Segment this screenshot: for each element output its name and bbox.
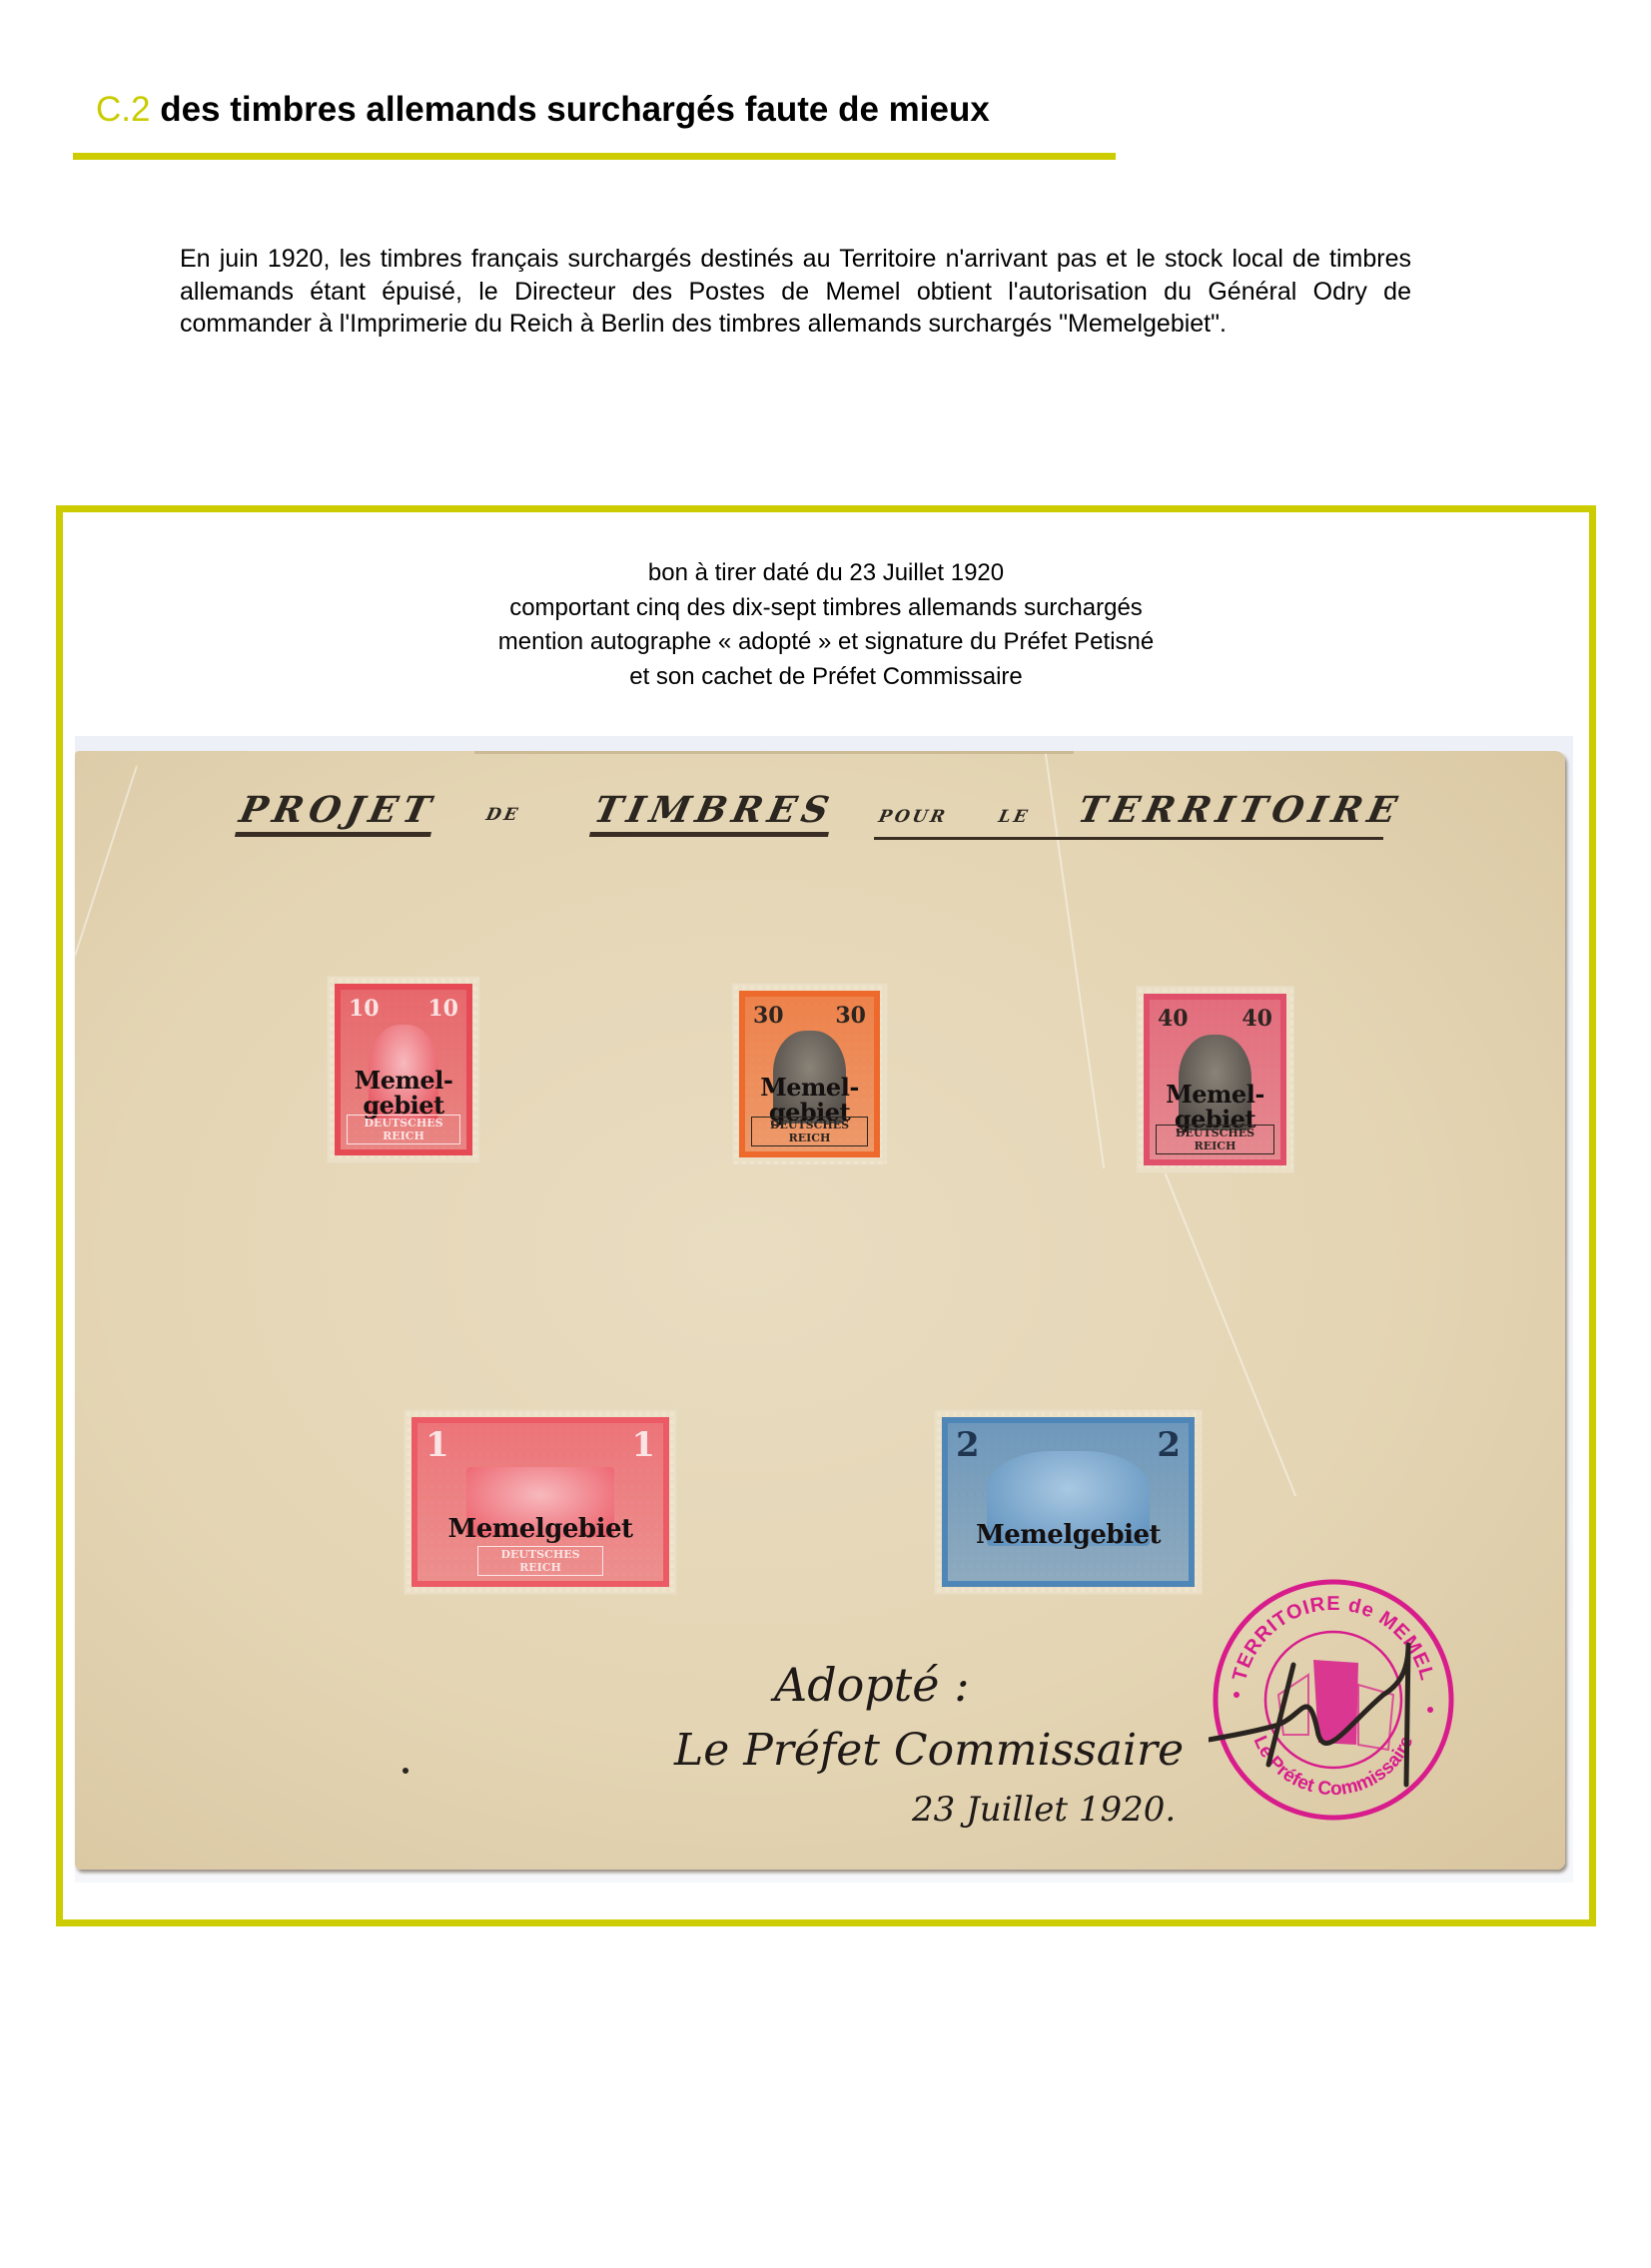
stamp-40-pfennig: 40 40 Memel- gebiet DEUTSCHES REICH	[1137, 987, 1293, 1172]
caption-line: bon à tirer daté du 23 Juillet 1920	[63, 556, 1589, 591]
stamp-10-pfennig: 10 10 Memel- gebiet DEUTSCHES REICH	[328, 977, 479, 1162]
caption-line: comportant cinq des dix-sept timbres all…	[63, 591, 1589, 626]
card-heading-word: LE	[997, 807, 1032, 827]
overprint: Memel- gebiet	[341, 1068, 466, 1118]
stamp-inscription: DEUTSCHES REICH	[751, 1117, 868, 1146]
stamp-value: 10	[427, 996, 458, 1022]
title-underline	[73, 153, 1116, 160]
stamp-value: 10	[349, 996, 380, 1022]
handwritten-signature-title: Le Préfet Commissaire	[674, 1725, 1184, 1776]
stamp-value: 1	[425, 1425, 449, 1465]
stamp-value: 2	[1157, 1425, 1181, 1465]
exhibit-caption: bon à tirer daté du 23 Juillet 1920 comp…	[63, 556, 1589, 694]
card-heading-word: TERRITOIRE	[1074, 789, 1405, 832]
heading-underline	[874, 837, 1383, 840]
exhibit-frame: bon à tirer daté du 23 Juillet 1920 comp…	[56, 505, 1596, 1926]
stamp-inscription: DEUTSCHES REICH	[1156, 1125, 1274, 1154]
card-crease	[474, 751, 1074, 754]
stamp-1-mark: 1 1 Memelgebiet DEUTSCHES REICH	[405, 1410, 676, 1594]
handwritten-adopte: Adopté :	[774, 1658, 970, 1712]
stamp-30-pfennig: 30 30 Memel- gebiet DEUTSCHES REICH	[732, 984, 887, 1164]
proof-card: PROJET DE TIMBRES POUR LE TERRITOIRE 10 …	[75, 751, 1565, 1870]
prefect-cachet: TERRITOIRE de MEMEL Le Préfet Commissair…	[1209, 1575, 1458, 1825]
overprint: Memelgebiet	[948, 1523, 1189, 1548]
card-heading-word: POUR	[877, 807, 950, 827]
stamp-value: 30	[753, 1003, 784, 1029]
stamp-value: 40	[1241, 1006, 1272, 1032]
stamp-design: 1 1 Memelgebiet DEUTSCHES REICH	[412, 1417, 669, 1587]
overprint-line: Memelgebiet	[948, 1523, 1189, 1548]
intro-paragraph: En juin 1920, les timbres français surch…	[180, 243, 1411, 341]
section-title: C.2 des timbres allemands surchargés fau…	[96, 90, 990, 130]
overprint: Memelgebiet	[417, 1517, 663, 1542]
stamp-inscription: DEUTSCHES REICH	[477, 1546, 603, 1576]
stamp-value: 2	[956, 1425, 980, 1465]
card-heading-word: TIMBRES	[589, 789, 838, 837]
stamp-value: 40	[1158, 1006, 1189, 1032]
stamp-design: 40 40 Memel- gebiet DEUTSCHES REICH	[1144, 994, 1286, 1165]
overprint-line: Memel-	[341, 1068, 466, 1093]
stamp-design: 10 10 Memel- gebiet DEUTSCHES REICH	[335, 984, 472, 1155]
section-title-text: des timbres allemands surchargés faute d…	[160, 90, 990, 129]
card-heading-word: DE	[484, 805, 522, 825]
caption-line: mention autographe « adopté » et signatu…	[63, 625, 1589, 660]
overprint-line: Memel-	[745, 1075, 874, 1100]
stamp-2-mark: 2 2 Memelgebiet	[935, 1410, 1202, 1594]
card-crease	[75, 766, 138, 957]
overprint-line: Memel-	[1150, 1082, 1280, 1107]
stamp-value: 1	[631, 1425, 655, 1465]
stamp-design: 30 30 Memel- gebiet DEUTSCHES REICH	[739, 991, 880, 1157]
caption-line: et son cachet de Préfet Commissaire	[63, 660, 1589, 695]
card-heading-word: PROJET	[235, 789, 440, 837]
section-number: C.2	[96, 90, 150, 129]
overprint-line: Memelgebiet	[417, 1517, 663, 1542]
stamp-value: 30	[835, 1003, 866, 1029]
stamp-design: 2 2 Memelgebiet	[942, 1417, 1195, 1587]
stamp-inscription: DEUTSCHES REICH	[347, 1115, 460, 1144]
ink-dot	[403, 1768, 409, 1774]
handwritten-date: 23 Juillet 1920.	[912, 1790, 1176, 1830]
